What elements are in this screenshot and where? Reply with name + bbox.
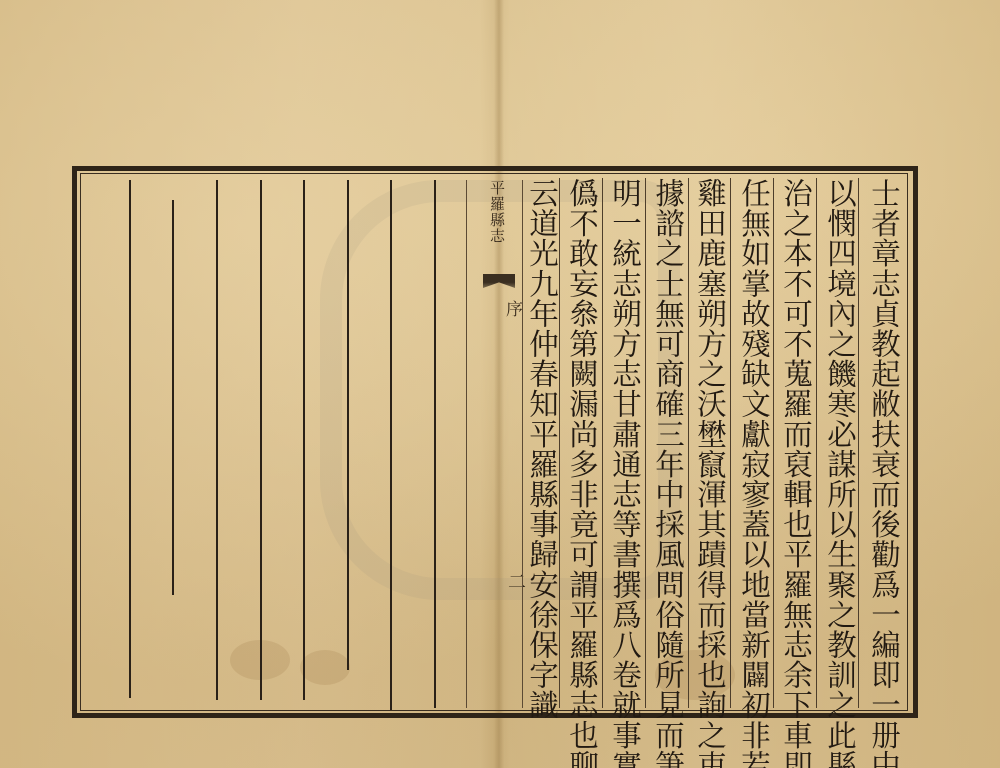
text-column-8: 僞不敢妄叅第闕漏尚多非竟可謂平羅縣志也聊記其略	[564, 178, 600, 708]
text-column-4: 任無如掌故殘缺文獻寂寥蓋以地當新闢初非若靈武之	[736, 178, 772, 708]
column-rule	[216, 180, 218, 700]
fold-rule	[522, 180, 523, 708]
text-column-9: 云道光九年仲春知平羅縣事歸安徐保字識	[524, 178, 560, 708]
column-rule	[434, 180, 436, 708]
column-rule	[466, 180, 467, 708]
column-divider	[730, 178, 731, 708]
column-divider	[688, 178, 689, 708]
text-column-3: 治之本不可不蒐羅而裒輯也平羅無志余下車即引爲已	[778, 178, 814, 708]
text-column-7: 明一統志朔方志甘肅通志等書撰爲八卷就事實錄疑與	[607, 178, 643, 708]
column-rule	[303, 180, 305, 700]
fold-column	[480, 173, 520, 711]
column-rule	[390, 180, 392, 710]
column-rule	[260, 180, 262, 700]
text-column-6: 據諮之士無可商確三年中採風問俗隨所見而筆之兼証	[650, 178, 686, 708]
book-title: 平羅縣志	[488, 180, 506, 244]
column-rule	[129, 180, 131, 698]
column-divider	[816, 178, 817, 708]
column-rule	[347, 180, 349, 670]
text-column-5: 雞田鹿塞朔方之沃壄竄渾其蹟得而採也詢之吏無可考	[692, 178, 728, 708]
text-column-1: 士者章志貞教起敝扶衰而後勸爲一編即一册中之景象	[866, 178, 902, 708]
text-column-2: 以憫四境內之饑寒必謀所以生聚之教訓之此縣志爲出	[822, 178, 858, 708]
column-divider	[858, 178, 859, 708]
column-divider	[773, 178, 774, 708]
column-divider	[602, 178, 603, 708]
column-rule	[172, 200, 174, 595]
column-divider	[645, 178, 646, 708]
